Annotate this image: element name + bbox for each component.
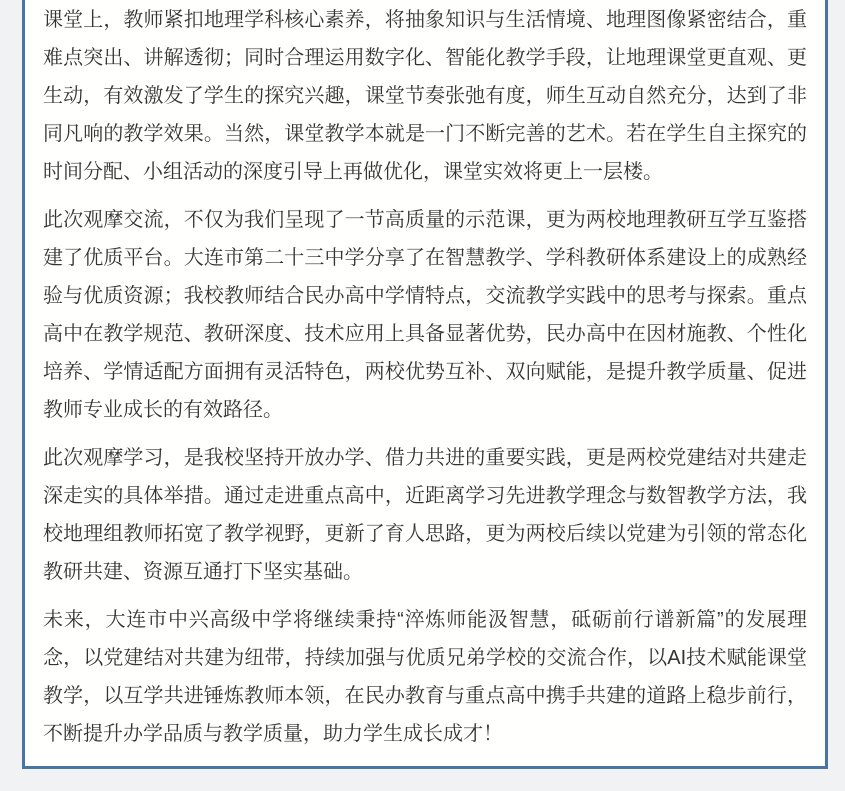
article-paragraph: 此次观摩学习，是我校坚持开放办学、借力共进的重要实践，更是两校党建结对共建走深走… [43,439,807,591]
article-paragraph: 未来，大连市中兴高级中学将继续秉持“淬炼师能汲智慧，砥砺前行谱新篇”的发展理念，… [43,601,807,753]
article-card: 课堂上，教师紧扣地理学科核心素养，将抽象知识与生活情境、地理图像紧密结合，重难点… [22,0,828,769]
article-paragraph: 此次观摩交流，不仅为我们呈现了一节高质量的示范课，更为两校地理教研互学互鉴搭建了… [43,201,807,429]
article-paragraph: 课堂上，教师紧扣地理学科核心素养，将抽象知识与生活情境、地理图像紧密结合，重难点… [43,1,807,191]
